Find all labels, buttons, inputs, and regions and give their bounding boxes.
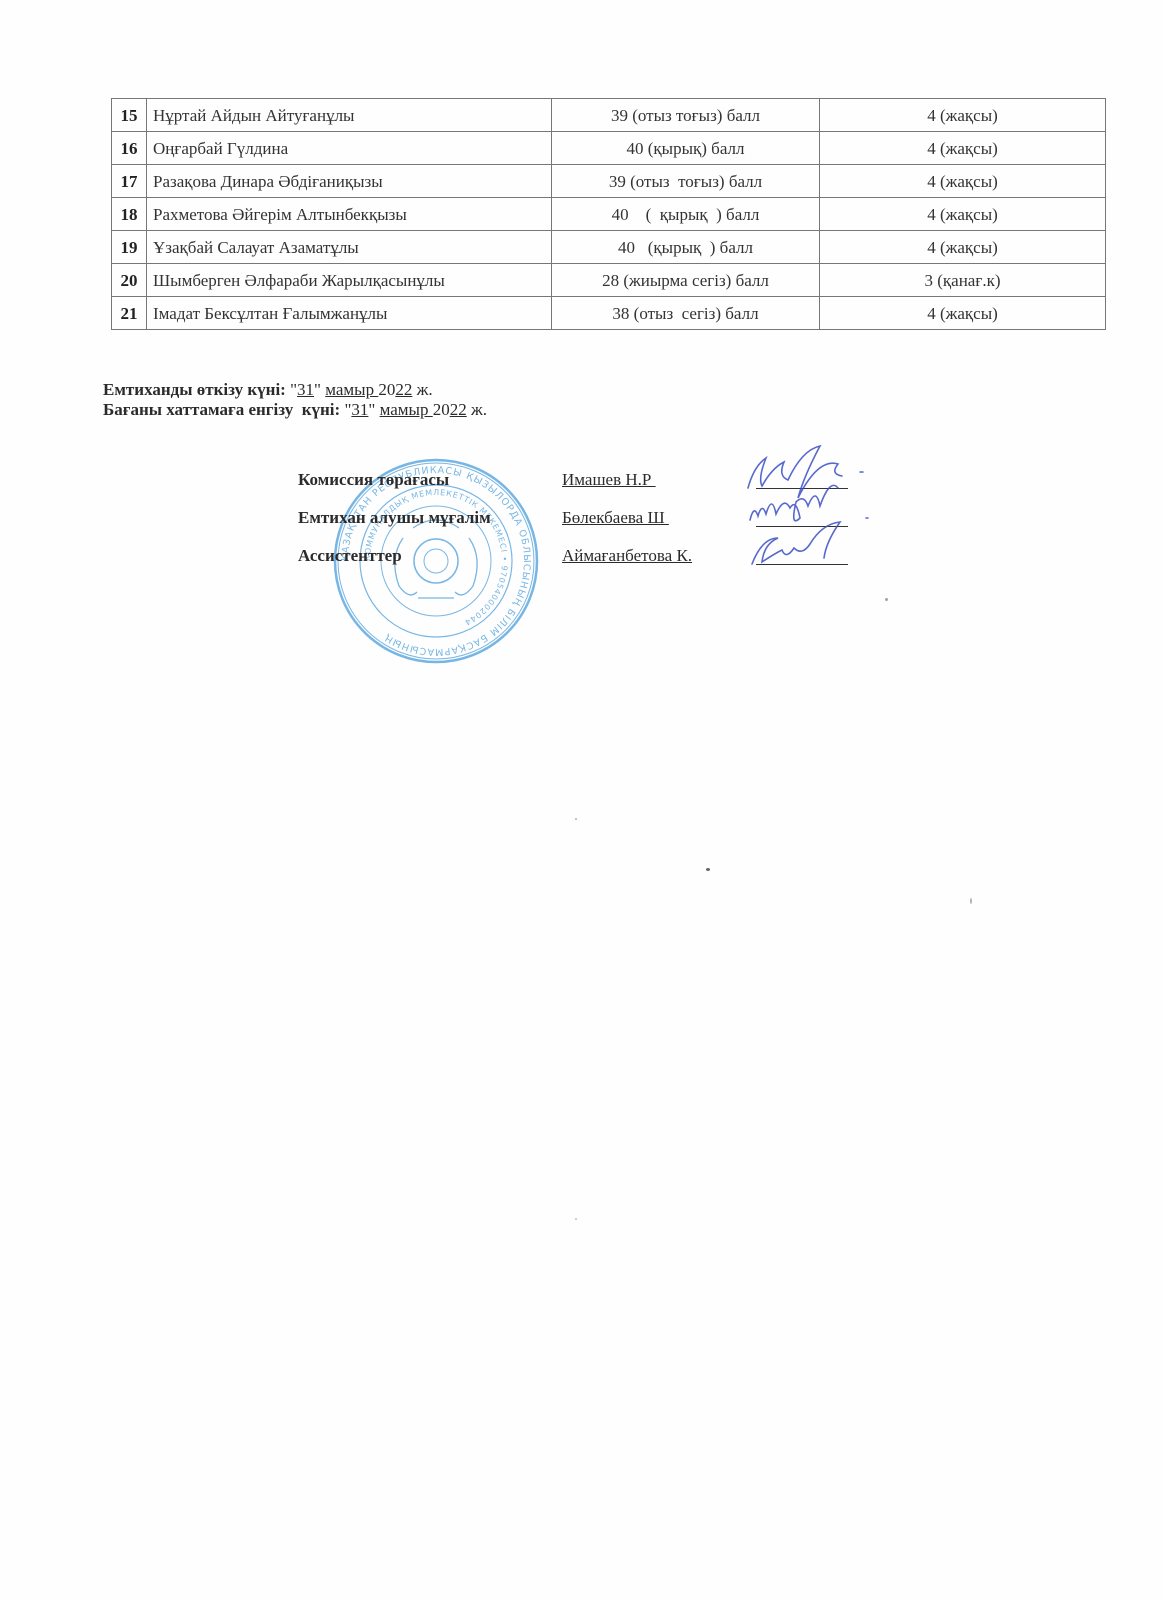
grade-cell: 4 (жақсы) — [820, 297, 1106, 330]
grade-cell: 3 (қанағ.к) — [820, 264, 1106, 297]
exam-date-line: Емтиханды өткізу күні: "31" мамыр 2022 ж… — [103, 380, 487, 400]
scan-speck — [575, 1218, 577, 1220]
grades-table-body: 15Нұртай Айдын Айтуғанұлы39 (отыз тоғыз)… — [112, 99, 1106, 330]
exam-date-year-prefix: 20 — [378, 380, 395, 399]
student-name: Разақова Динара Әбдіғаниқызы — [147, 165, 552, 198]
score-cell: 39 (отыз тоғыз) балл — [552, 99, 820, 132]
scan-speck — [885, 598, 888, 601]
entry-date-day: 31 — [351, 400, 368, 419]
score-cell: 39 (отыз тоғыз) балл — [552, 165, 820, 198]
entry-date-line: Бағаны хаттамаға енгізу күні: "31" мамыр… — [103, 400, 487, 420]
table-row: 19Ұзақбай Салауат Азаматұлы40 (қырық ) б… — [112, 231, 1106, 264]
exam-date-label: Емтиханды өткізу күні: — [103, 380, 286, 399]
exam-date-day: 31 — [297, 380, 314, 399]
entry-date-month: мамыр — [380, 400, 433, 419]
signature-role: Комиссия төрағасы — [298, 470, 449, 490]
score-cell: 38 (отыз сегіз) балл — [552, 297, 820, 330]
signature-role: Емтихан алушы мұғалім — [298, 508, 491, 528]
table-row: 21Імадат Бексұлтан Ғалымжанұлы38 (отыз с… — [112, 297, 1106, 330]
grade-cell: 4 (жақсы) — [820, 198, 1106, 231]
row-number: 18 — [112, 198, 147, 231]
row-number: 17 — [112, 165, 147, 198]
grade-cell: 4 (жақсы) — [820, 132, 1106, 165]
exam-date-year-suffix: 22 — [395, 380, 412, 399]
signature-row: АссистенттерАймағанбетова К. — [298, 546, 898, 584]
scan-speck — [706, 868, 710, 871]
scan-speck — [575, 818, 577, 820]
table-row: 16Оңғарбай Гүлдина40 (қырық) балл4 (жақс… — [112, 132, 1106, 165]
table-row: 17Разақова Динара Әбдіғаниқызы39 (отыз т… — [112, 165, 1106, 198]
student-name: Рахметова Әйгерім Алтынбекқызы — [147, 198, 552, 231]
exam-date-month: мамыр — [325, 380, 378, 399]
handwritten-signature-icon — [738, 520, 878, 576]
score-cell: 40 (қырық ) балл — [552, 231, 820, 264]
grades-table: 15Нұртай Айдын Айтуғанұлы39 (отыз тоғыз)… — [111, 98, 1106, 330]
document-page: 15Нұртай Айдын Айтуғанұлы39 (отыз тоғыз)… — [0, 0, 1163, 1600]
signatory-name: Бөлекбаева Ш — [562, 508, 669, 528]
student-name: Ұзақбай Салауат Азаматұлы — [147, 231, 552, 264]
score-cell: 40 ( қырық ) балл — [552, 198, 820, 231]
score-cell: 40 (қырық) балл — [552, 132, 820, 165]
row-number: 19 — [112, 231, 147, 264]
signature-role: Ассистенттер — [298, 546, 402, 566]
row-number: 16 — [112, 132, 147, 165]
table-row: 18Рахметова Әйгерім Алтынбекқызы40 ( қыр… — [112, 198, 1106, 231]
student-name: Нұртай Айдын Айтуғанұлы — [147, 99, 552, 132]
signatory-name: Аймағанбетова К. — [562, 546, 692, 566]
entry-date-label: Бағаны хаттамаға енгізу күні: — [103, 400, 340, 419]
student-name: Імадат Бексұлтан Ғалымжанұлы — [147, 297, 552, 330]
dates-section: Емтиханды өткізу күні: "31" мамыр 2022 ж… — [103, 380, 487, 420]
student-name: Оңғарбай Гүлдина — [147, 132, 552, 165]
entry-date-year-suffix: 22 — [450, 400, 467, 419]
entry-date-suffix: ж. — [467, 400, 487, 419]
score-cell: 28 (жиырма сегіз) балл — [552, 264, 820, 297]
row-number: 20 — [112, 264, 147, 297]
student-name: Шымберген Әлфараби Жарылқасынұлы — [147, 264, 552, 297]
grade-cell: 4 (жақсы) — [820, 99, 1106, 132]
row-number: 15 — [112, 99, 147, 132]
grade-cell: 4 (жақсы) — [820, 231, 1106, 264]
table-row: 15Нұртай Айдын Айтуғанұлы39 (отыз тоғыз)… — [112, 99, 1106, 132]
grade-cell: 4 (жақсы) — [820, 165, 1106, 198]
table-row: 20Шымберген Әлфараби Жарылқасынұлы28 (жи… — [112, 264, 1106, 297]
signatory-name: Имашев Н.Р — [562, 470, 656, 490]
signatures-block: Комиссия төрағасыИмашев Н.Р Емтихан алуш… — [298, 470, 898, 584]
scan-speck — [970, 898, 972, 904]
entry-date-year-prefix: 20 — [433, 400, 450, 419]
row-number: 21 — [112, 297, 147, 330]
exam-date-suffix: ж. — [412, 380, 432, 399]
